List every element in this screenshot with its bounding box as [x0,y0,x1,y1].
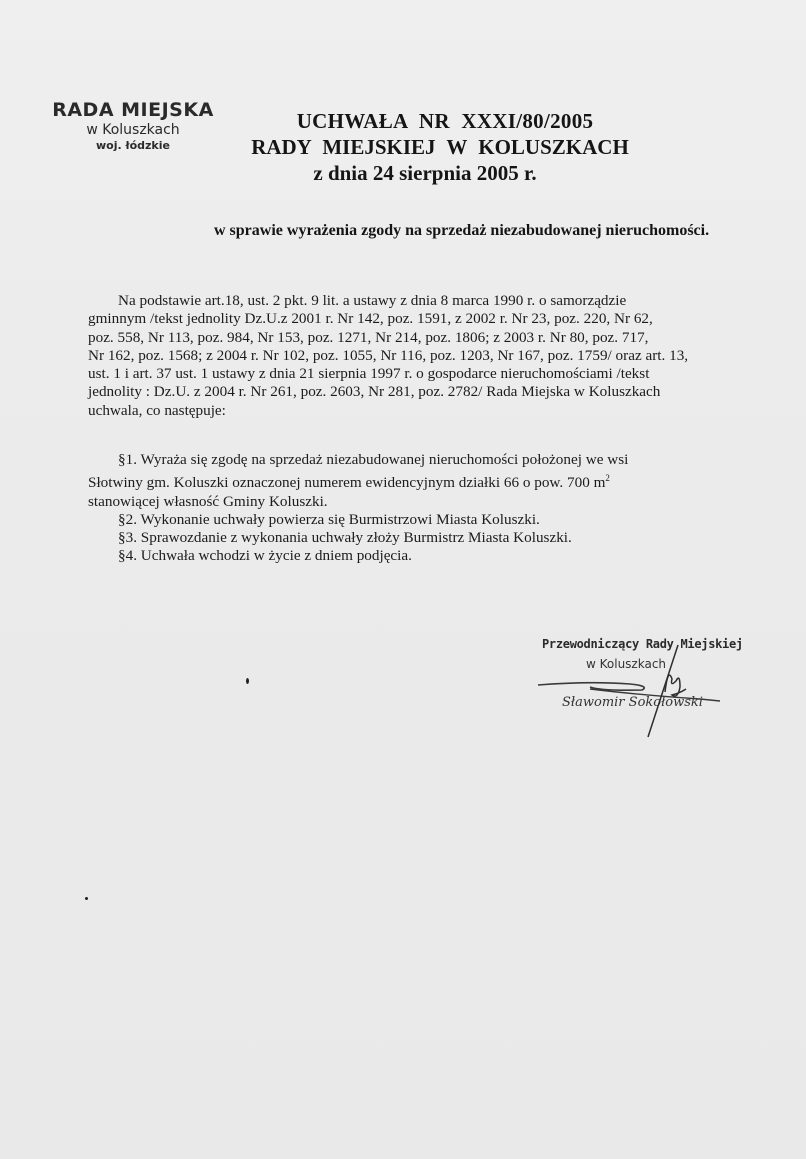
area-unit-superscript: 2 [605,473,610,483]
preamble-line: uchwala, co następuje: [88,402,778,420]
preamble-line: Nr 162, poz. 1568; z 2004 r. Nr 102, poz… [88,347,778,365]
stamp-line-3: woj. łódzkie [38,139,228,153]
paragraph-1-line-3: stanowiącej własność Gminy Koluszki. [88,493,778,511]
preamble-line: gminnym /tekst jednolity Dz.U.z 2001 r. … [88,310,778,328]
preamble-line: ust. 1 i art. 37 ust. 1 ustawy z dnia 21… [88,365,778,383]
resolution-title: UCHWAŁA NR XXXI/80/2005 RADY MIEJSKIEJ W… [230,108,650,186]
resolution-paragraphs: §1. Wyraża się zgodę na sprzedaż niezabu… [88,451,778,566]
title-line-1: UCHWAŁA NR XXXI/80/2005 [240,108,650,134]
paragraph-1-text: Słotwiny gm. Koluszki oznaczonej numerem… [88,474,605,491]
paragraph-2: §2. Wykonanie uchwały powierza się Burmi… [88,511,778,529]
paragraph-3: §3. Sprawozdanie z wykonania uchwały zło… [88,529,778,547]
stamp-line-1: RADA MIEJSKA [38,99,228,121]
stamp-line-2: w Koluszkach [38,122,228,139]
preamble-line: Na podstawie art.18, ust. 2 pkt. 9 lit. … [88,292,778,310]
handwritten-signature-icon [530,637,770,747]
title-date: z dnia 24 sierpnia 2005 r. [200,160,650,186]
council-stamp: RADA MIEJSKA w Koluszkach woj. łódzkie [38,99,228,153]
paragraph-1-line-1: §1. Wyraża się zgodę na sprzedaż niezabu… [118,451,628,468]
scan-speck [246,678,249,684]
preamble: Na podstawie art.18, ust. 2 pkt. 9 lit. … [88,292,778,420]
paragraph-1: §1. Wyraża się zgodę na sprzedaż niezabu… [88,451,778,469]
resolution-subject: w sprawie wyrażenia zgody na sprzedaż ni… [214,222,709,240]
paragraph-4: §4. Uchwała wchodzi w życie z dniem podj… [88,547,778,565]
title-line-2: RADY MIEJSKIEJ W KOLUSZKACH [230,134,650,160]
scan-speck [85,897,88,900]
preamble-line: poz. 558, Nr 113, poz. 984, Nr 153, poz.… [88,329,778,347]
document-page: RADA MIEJSKA w Koluszkach woj. łódzkie U… [0,0,806,1159]
preamble-line: jednolity : Dz.U. z 2004 r. Nr 261, poz.… [88,383,778,401]
paragraph-1-line-2: Słotwiny gm. Koluszki oznaczonej numerem… [88,469,778,492]
